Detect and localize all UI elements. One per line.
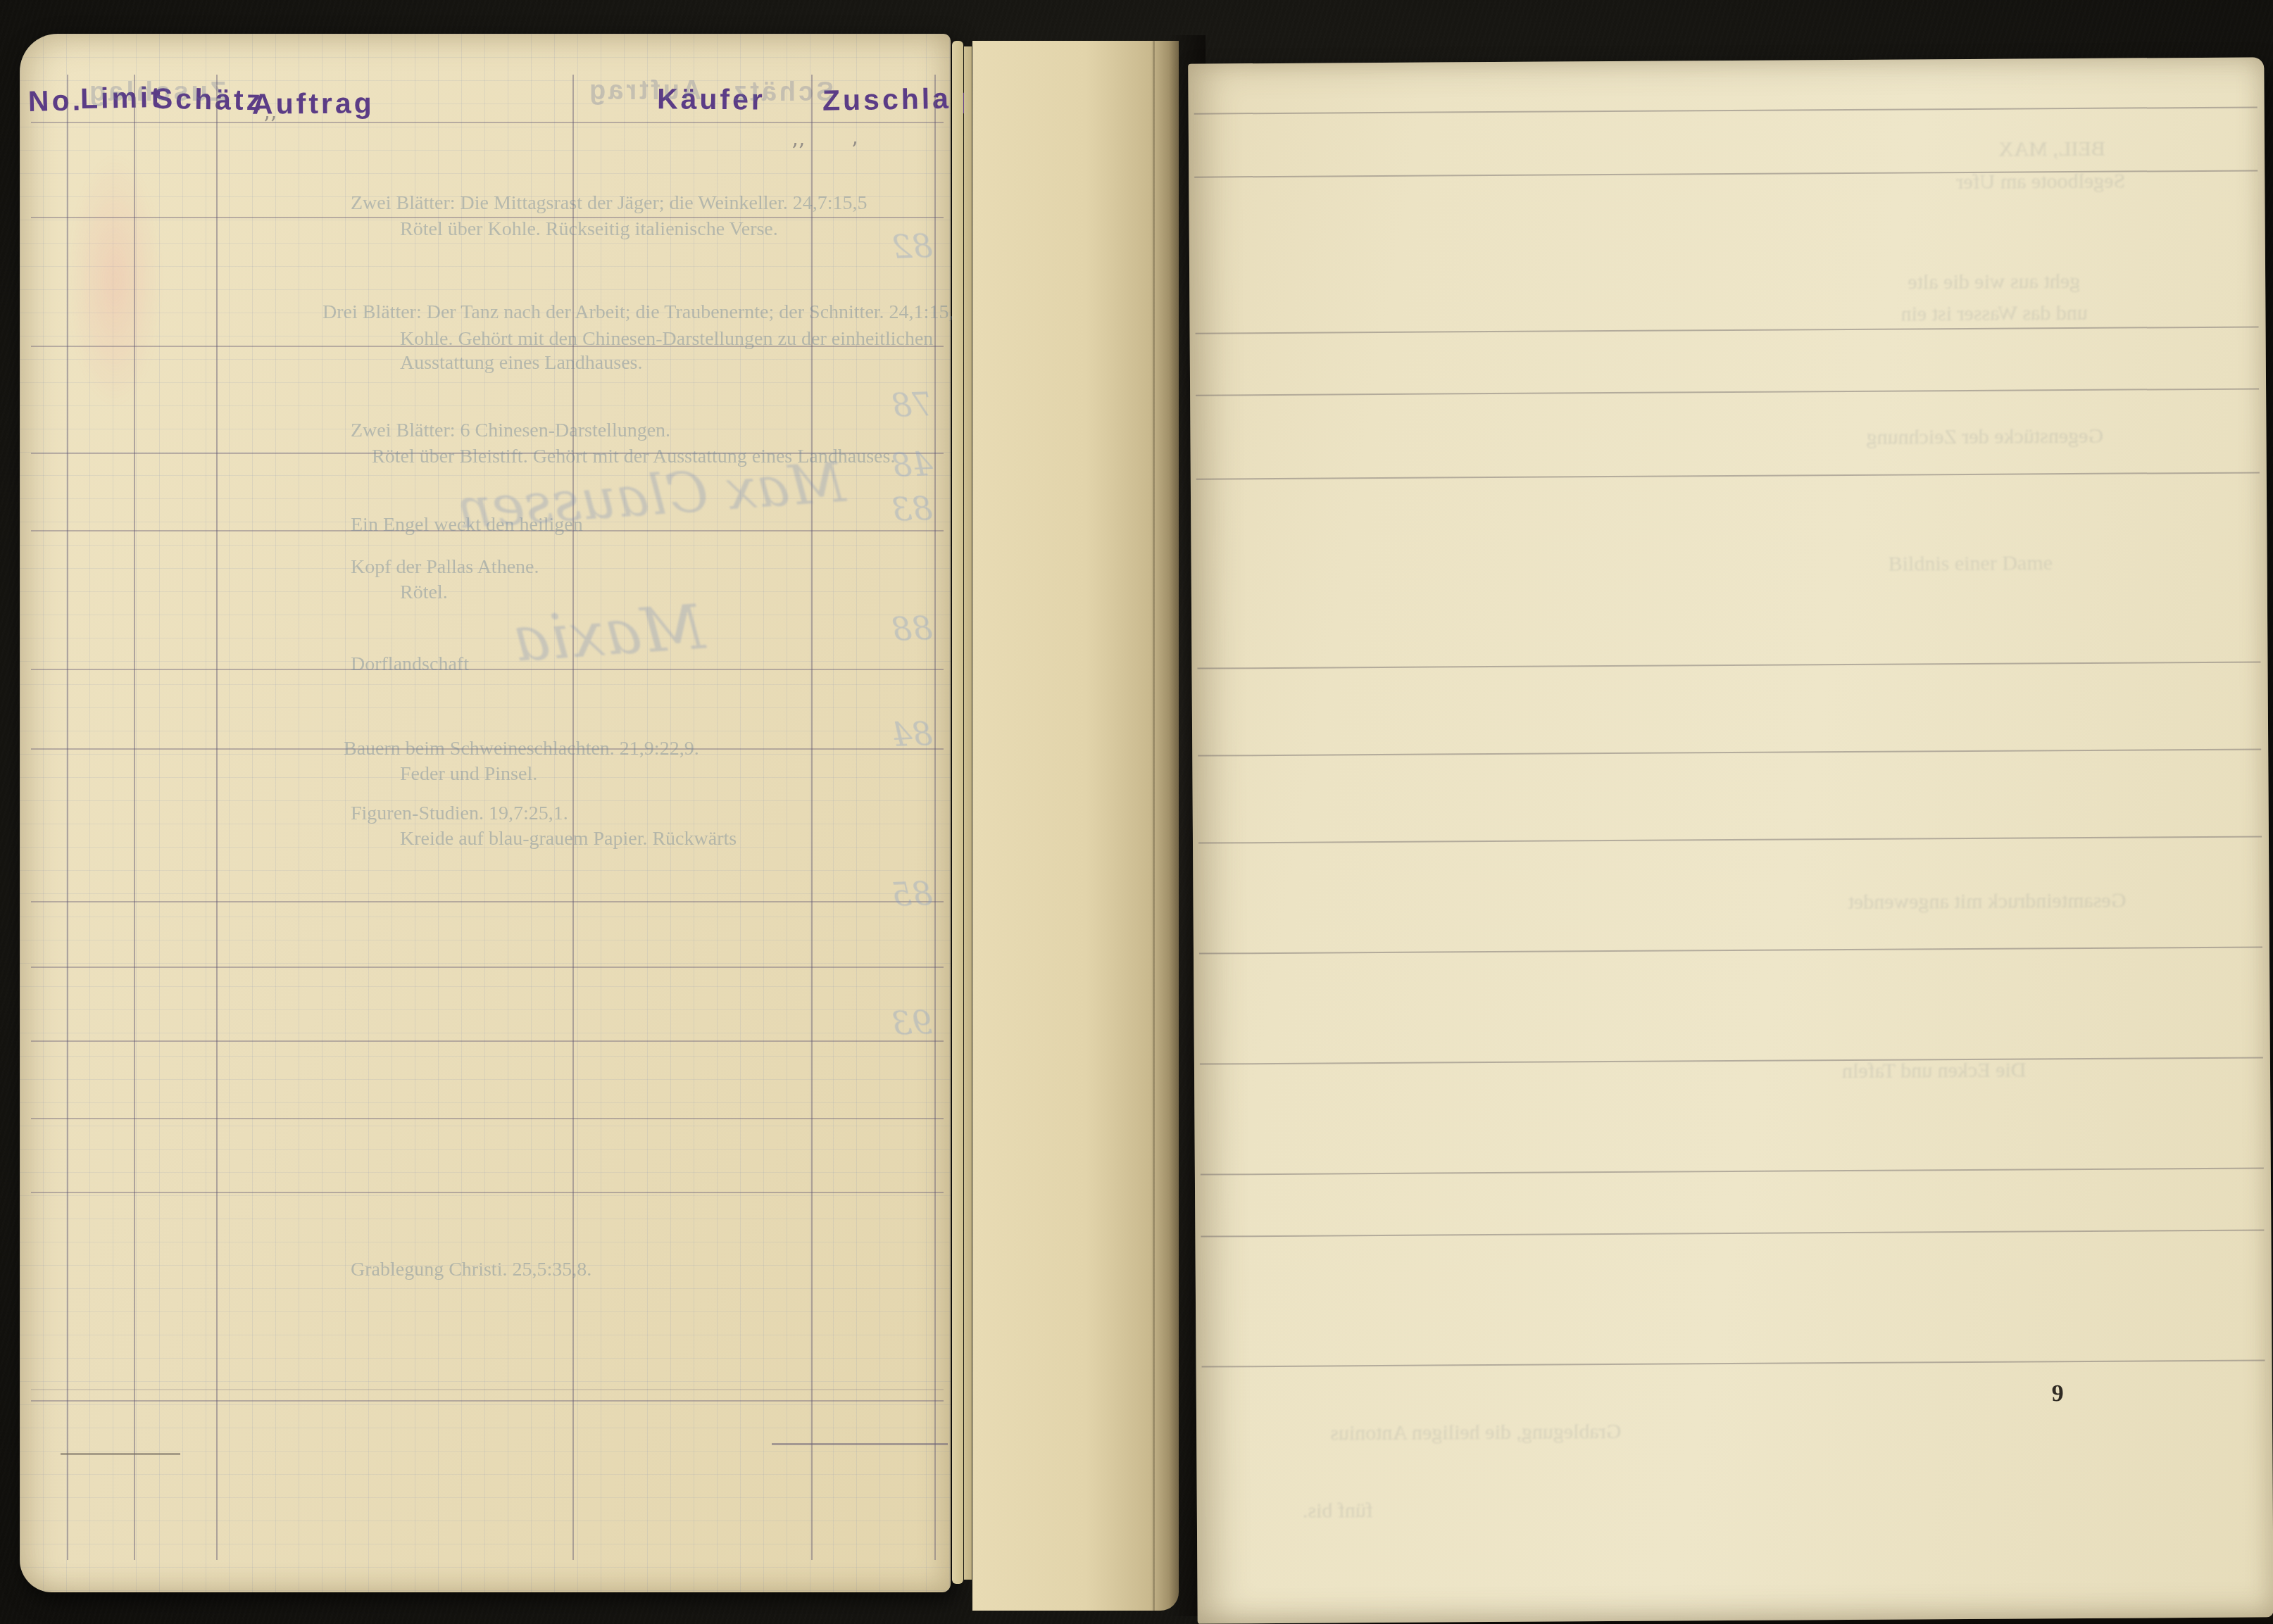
ledger-schatz-value — [154, 691, 234, 693]
ledger-limit-value — [82, 979, 152, 983]
ledger-zuschlag-value — [815, 265, 948, 277]
ghost-number: 88 — [891, 609, 933, 648]
ledger-schatz-value — [154, 905, 234, 908]
artist-dates — [1224, 1269, 2118, 1274]
ledger-kaufer-name — [569, 262, 815, 279]
ledger-limit-value — [82, 465, 152, 467]
catalog-entry-line — [1217, 234, 2112, 240]
ledger-limit-value — [82, 144, 152, 146]
ghost-print-line: Die Ecken und Tafeln — [1842, 1058, 2027, 1083]
ghost-print-line: Bauern beim Schweineschlachten. 21,9:22,… — [344, 738, 699, 760]
ledger-limit-value — [82, 912, 152, 913]
catalog-separator-rule — [1196, 326, 2259, 334]
ghost-print-line: Dorflandschaft — [351, 653, 469, 676]
ledger-limit-value — [82, 697, 152, 698]
ledger-row-no — [23, 1064, 87, 1067]
catalog-entry-line — [1310, 532, 2113, 537]
ghost-print-line: Rötel. — [400, 581, 448, 604]
ghost-print-line: Rötel über Kohle. Rückseitig italienisch… — [400, 218, 778, 241]
catalog-entry-line — [1219, 486, 2113, 491]
ghost-print-line: Feder und Pinsel. — [400, 763, 537, 786]
ledger-row-separator — [31, 967, 944, 968]
catalog-separator-rule — [1198, 836, 2262, 843]
ledger-schatz-value — [154, 1059, 234, 1063]
ghost-print-line: Bildnis einer Dame — [1889, 551, 2053, 576]
ledger-kaufer-name — [569, 902, 815, 919]
ledger-row-no — [23, 695, 87, 697]
ledger-schatz-value — [154, 458, 234, 461]
ledger-column-rule — [216, 75, 218, 1560]
artist-heading — [1220, 762, 2115, 768]
ledger-limit-value — [82, 580, 152, 583]
artist-dates — [1222, 1096, 2117, 1102]
ghost-number: 78 — [891, 385, 933, 424]
ledger-row-separator — [31, 1192, 944, 1193]
ledger-kaufer-name — [569, 574, 815, 591]
ghost-print-line: Grablegung, die heiligen Antonius — [1330, 1420, 1621, 1446]
ghost-print-line: Kohle. Gehört mit den Chinesen-Darstellu… — [400, 328, 933, 351]
catalog-separator-rule — [1196, 388, 2259, 396]
ledger-schatz-value — [154, 379, 234, 385]
ledger-schatz-value — [154, 265, 234, 267]
ledger-row-separator — [31, 901, 944, 902]
ghost-print-line: Zwei Blätter: 6 Chinesen-Darstellungen. — [351, 420, 670, 442]
interleaf-page — [972, 41, 1179, 1611]
ledger-column-rule — [934, 75, 936, 1560]
ledger-kaufer-name — [569, 1139, 815, 1156]
ledger-limit-value — [82, 1066, 152, 1069]
ledger-schatz-value — [154, 973, 234, 978]
ledger-row-no — [23, 1226, 87, 1228]
ledger-row-no — [23, 462, 87, 465]
ledger-row-separator — [31, 1400, 944, 1402]
ledger-schatz-value — [154, 1222, 234, 1225]
catalog-separator-rule — [1201, 1229, 2264, 1237]
ghost-print-line: Kopf der Pallas Athene. — [351, 556, 539, 579]
ledger-row-separator — [31, 669, 944, 670]
ledger-kaufer-name — [569, 971, 815, 988]
ledger-kaufer-name — [569, 1057, 815, 1074]
ledger-row-separator — [31, 1040, 944, 1042]
pink-bleed-haze — [69, 153, 161, 407]
sheet-edge — [964, 46, 972, 1580]
ghost-number: 84 — [891, 715, 933, 754]
ditto-mark: ʼʼ — [791, 139, 804, 164]
ghost-number: 82 — [891, 227, 933, 266]
ghost-print-line: Gesamteindruck mit angewendet — [1848, 889, 2126, 914]
catalog-separator-rule — [1194, 106, 2258, 114]
ledger-row-separator — [31, 1118, 944, 1119]
ghost-print-line: BEIL, MAX — [1998, 137, 2105, 162]
catalog-separator-rule — [1197, 661, 2260, 669]
ghost-stamp-schatz: Schätz — [731, 77, 834, 108]
sheet-edge — [952, 41, 963, 1584]
catalog-separator-rule — [1198, 748, 2261, 756]
catalog-separator-rule — [1202, 1359, 2265, 1367]
ledger-total-underline — [772, 1443, 948, 1445]
artist-heading — [1220, 675, 2115, 681]
ghost-print-line: fünf bis. — [1303, 1499, 1373, 1523]
ghost-number: 83 — [891, 489, 933, 529]
ledger-total-underline — [61, 1453, 180, 1455]
ledger-schatz-value — [154, 137, 234, 141]
ledger-row-no — [23, 753, 87, 757]
ledger-row-separator — [31, 122, 944, 123]
ledger-row-no — [23, 978, 87, 982]
artist-dates — [1222, 986, 2116, 991]
ghost-print-line: Grablegung Christi. 25,5:35,8. — [351, 1259, 591, 1281]
catalog-separator-rule — [1199, 946, 2262, 954]
ledger-header-no: No. — [27, 84, 83, 118]
artist-dates — [1221, 875, 2115, 881]
page-number: 9 — [2052, 1380, 2064, 1407]
ledger-column-rule — [572, 75, 574, 1560]
ditto-mark: ʼ — [851, 138, 858, 163]
ledger-column-rule — [67, 75, 68, 1560]
ghost-number: 85 — [891, 874, 933, 914]
ghost-print-line: Segelboote am Ufer — [1956, 170, 2125, 194]
ghost-handwriting: Maxia — [511, 591, 707, 676]
artist-heading — [1222, 960, 2116, 966]
ledger-row-no — [23, 909, 87, 912]
ghost-stamp-zuschlag: Zuschlag — [87, 77, 227, 108]
artist-heading — [1221, 850, 2115, 855]
ledger-limit-value — [82, 755, 152, 757]
ghost-print-line: Ausstattung eines Landhauses. — [400, 352, 643, 374]
ledger-kaufer-name — [569, 381, 815, 398]
catalog-separator-rule — [1196, 472, 2260, 479]
catalog-separator-rule — [1201, 1167, 2264, 1175]
ledger-row-separator — [31, 1389, 944, 1390]
ghost-print-line: und das Wasser ist ein — [1901, 301, 2088, 327]
ledger-kaufer-name — [569, 138, 815, 155]
artist-heading — [1224, 1243, 2118, 1249]
ghost-stamp-auftrag: Auftrag — [587, 76, 701, 106]
ledger-column-rule — [134, 75, 135, 1560]
ledger-zuschlag-value — [815, 1222, 948, 1234]
ditto-mark: ʼʼ — [263, 113, 276, 137]
ledger-column-rule — [811, 75, 813, 1560]
ghost-number: 48 — [891, 445, 933, 484]
ledger-zuschlag-value — [815, 974, 948, 986]
ledger-schatz-value — [154, 1138, 234, 1143]
ledger-page: No. Limit Schätz Auftrag Käufer Zuschlag… — [20, 34, 951, 1592]
ghost-print-line: Figuren-Studien. 19,7:25,1. — [351, 802, 568, 825]
ghost-print-line: Gegenstücke der Zeichnung — [1866, 424, 2103, 450]
ledger-row-no — [23, 578, 87, 582]
ledger-row-no — [23, 1143, 87, 1147]
catalog-page: BEIL, MAXSegelboote am Ufergeht aus wie … — [1188, 57, 2273, 1623]
ghost-print-line: Kreide auf blau-grauem Papier. Rückwärts — [400, 828, 737, 850]
ledger-zuschlag-value — [815, 1060, 948, 1072]
ghost-number: 93 — [891, 1003, 933, 1043]
ledger-limit-value — [82, 1228, 152, 1230]
ledger-zuschlag-value — [815, 691, 948, 703]
ledger-kaufer-name — [569, 1222, 815, 1239]
ledger-zuschlag-value — [815, 1139, 948, 1151]
catalog-entry-line — [1311, 596, 2114, 600]
ledger-kaufer-name — [569, 688, 815, 705]
ghost-print-line: geht aus wie die alte — [1908, 270, 2080, 294]
ledger-limit-value — [82, 1145, 152, 1147]
catalog-entry-line — [1309, 258, 2112, 263]
ledger-schatz-value — [154, 573, 234, 578]
catalog-separator-rule — [1200, 1057, 2263, 1064]
artist-dates — [1217, 210, 2112, 215]
ledger-row-no — [23, 142, 87, 146]
ghost-print-line: Drei Blätter: Der Tanz nach der Arbeit; … — [323, 301, 968, 324]
ghost-print-line: Zwei Blätter: Die Mittagsrast der Jäger;… — [351, 192, 868, 215]
ledger-header-zuschlag: Zuschlag — [822, 82, 972, 118]
